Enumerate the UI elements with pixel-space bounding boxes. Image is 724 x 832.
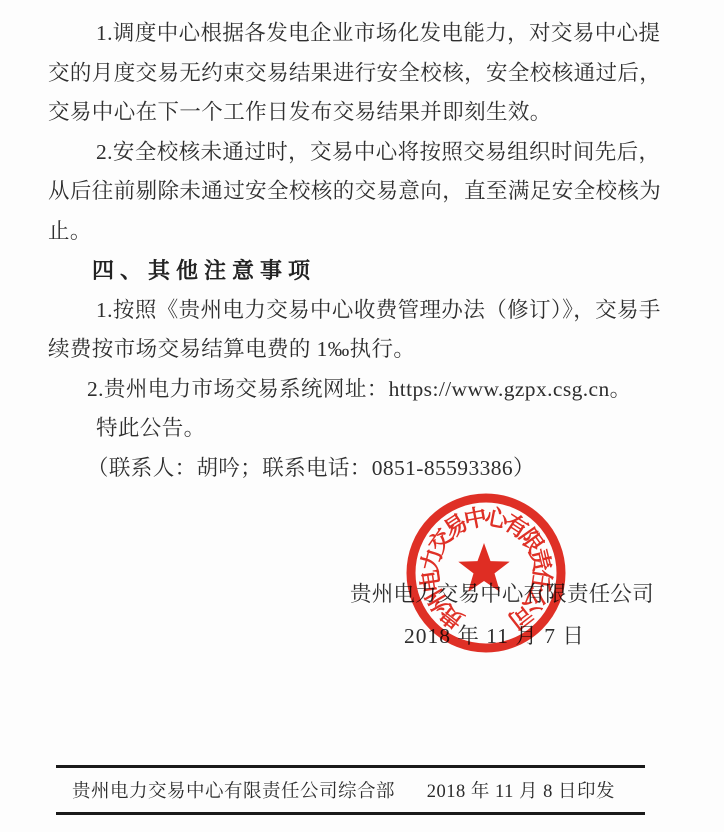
- seal-star-icon: [458, 543, 509, 592]
- document-page: 1.调度中心根据各发电企业市场化发电能力，对交易中心提 交的月度交易无约束交易结…: [0, 0, 724, 832]
- body-line: 1.调度中心根据各发电企业市场化发电能力，对交易中心提: [48, 14, 662, 54]
- body-text: 1.调度中心根据各发电企业市场化发电能力，对交易中心提 交的月度交易无约束交易结…: [48, 14, 662, 488]
- body-line: 1.按照《贵州电力交易中心收费管理办法（修订）》，交易手: [48, 291, 662, 331]
- body-line-url: 2.贵州电力市场交易系统网址：https://www.gzpx.csg.cn。: [48, 370, 662, 410]
- body-line-contact: （联系人：胡吟；联系电话：0851-85593386）: [48, 449, 662, 489]
- official-seal: 贵 州 电 力 交 易 中 心 有 限 责 任 公 司: [404, 491, 568, 655]
- body-line: 交的月度交易无约束交易结果进行安全校核，安全校核通过后，: [48, 54, 662, 94]
- body-line: 续费按市场交易结算电费的 1‰执行。: [48, 330, 662, 370]
- footer-issuer: 贵州电力交易中心有限责任公司综合部: [72, 777, 395, 803]
- body-line: 交易中心在下一个工作日发布交易结果并即刻生效。: [48, 93, 662, 133]
- footer-print-date: 2018 年 11 月 8 日印发: [427, 777, 615, 803]
- body-line: 特此公告。: [48, 409, 662, 449]
- print-footer: 贵州电力交易中心有限责任公司综合部 2018 年 11 月 8 日印发: [56, 765, 645, 815]
- body-line: 2.安全校核未通过时，交易中心将按照交易组织时间先后，: [48, 133, 662, 173]
- section-heading: 四、其他注意事项: [48, 251, 662, 291]
- body-line: 止。: [48, 212, 662, 252]
- body-line: 从后往前剔除未通过安全校核的交易意向，直至满足安全校核为: [48, 172, 662, 212]
